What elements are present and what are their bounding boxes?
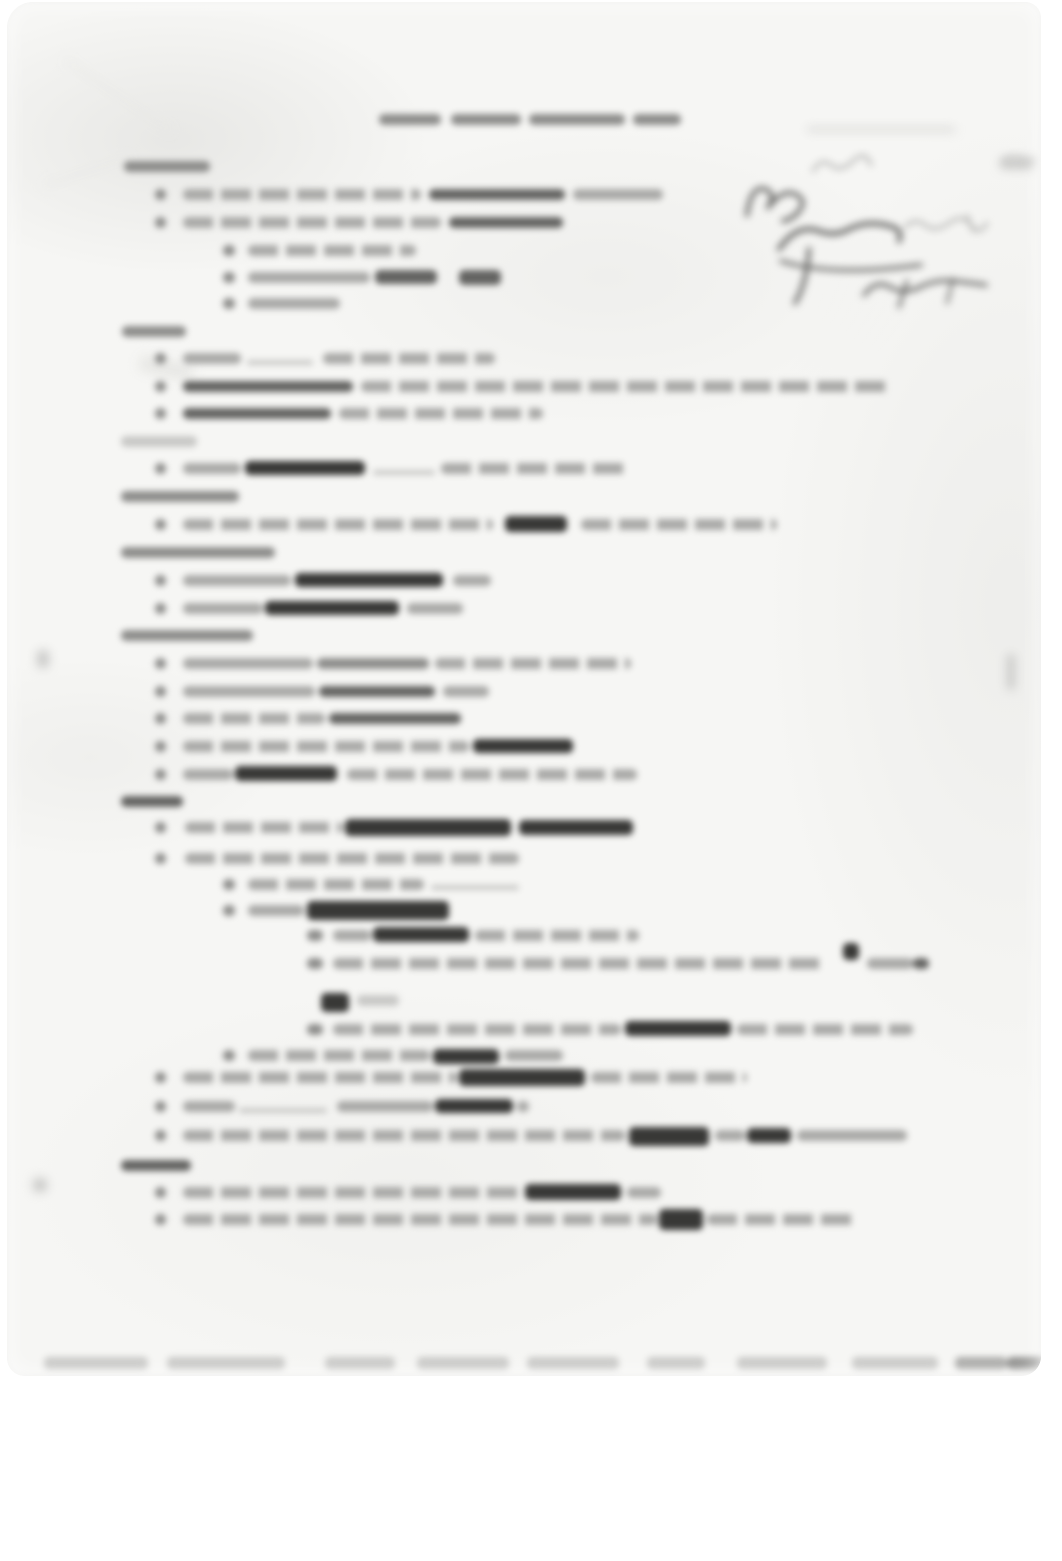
- handwriting-stroke: [747, 189, 803, 221]
- handwriting-layer: [7, 2, 1041, 1376]
- handwriting-stroke: [864, 281, 986, 295]
- handwriting-stroke: [813, 156, 871, 171]
- handwriting-stroke: [781, 261, 921, 270]
- scanned-document-page: [7, 2, 1041, 1376]
- handwriting-stroke: [947, 279, 953, 303]
- handwriting-stroke: [779, 223, 900, 249]
- handwriting-stroke: [795, 249, 809, 303]
- handwriting-stroke: [905, 218, 987, 230]
- handwriting-stroke: [899, 281, 907, 307]
- handwritten-annotations: [717, 137, 1041, 327]
- page-background: { "document": { "kind": "scanned-outline…: [0, 0, 1062, 1561]
- handwriting-stroke: [1003, 157, 1035, 163]
